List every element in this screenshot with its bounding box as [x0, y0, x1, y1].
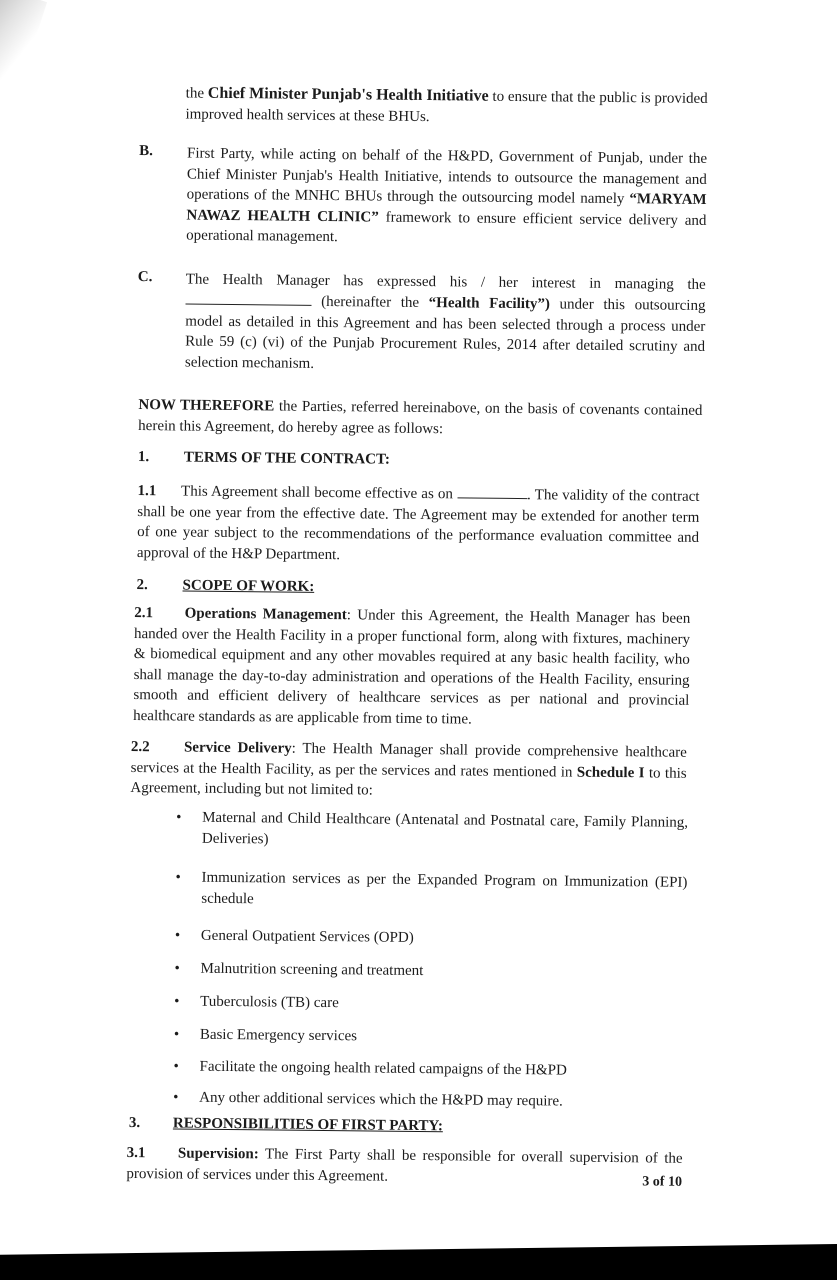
- document-page: the Chief Minister Punjab's Health Initi…: [0, 0, 837, 1280]
- bullet-icon: •: [175, 925, 180, 946]
- service-list-item: • Immunization services as per the Expan…: [175, 867, 685, 914]
- bullet-icon: •: [174, 1024, 179, 1045]
- section-1-title: TERMS OF THE CONTRACT:: [184, 450, 390, 469]
- service-list-item: • Malnutrition screening and treatment: [175, 958, 685, 963]
- clause-3-1: 3.1 Supervision: The First Party shall b…: [126, 1143, 682, 1190]
- bullet-icon: •: [174, 991, 179, 1012]
- service-list-item: • Maternal and Child Healthcare (Antenat…: [176, 807, 686, 854]
- section-3-title: RESPONSIBILITIES OF FIRST PARTY:: [173, 1115, 443, 1135]
- bullet-icon: •: [174, 958, 179, 979]
- facility-name-blank[interactable]: [186, 292, 312, 306]
- service-list-item: • Basic Emergency services: [174, 1024, 684, 1029]
- clause-2-1: 2.1 Operations Management: Under this Ag…: [133, 603, 690, 732]
- bullet-icon: •: [173, 1087, 178, 1108]
- page-number: 3 of 10: [642, 1174, 682, 1190]
- section-3-number: 3.: [129, 1115, 140, 1132]
- effective-date-blank[interactable]: [457, 485, 527, 499]
- service-list-item: • Facilitate the ongoing health related …: [174, 1056, 684, 1061]
- clause-2-2: 2.2 Service Delivery: The Health Manager…: [130, 737, 687, 804]
- service-list-item: • Tuberculosis (TB) care: [174, 991, 684, 996]
- section-2-title: SCOPE OF WORK:: [182, 578, 314, 596]
- bullet-icon: •: [173, 1056, 178, 1077]
- now-therefore-clause: NOW THEREFORE the Parties, referred here…: [138, 395, 702, 442]
- recital-c-text: (hereinafter the “Health Facility”) unde…: [185, 291, 706, 378]
- recital-b-text: First Party, while acting on behalf of t…: [186, 144, 707, 252]
- recital-a-continuation: the Chief Minister Punjab's Health Initi…: [185, 84, 707, 130]
- clause-1-1: 1.1 This Agreement shall become effectiv…: [137, 481, 700, 569]
- service-list-item: • General Outpatient Services (OPD): [175, 925, 685, 930]
- section-2-number: 2.: [136, 577, 147, 594]
- service-list-item: • Any other additional services which th…: [173, 1087, 683, 1092]
- section-1-number: 1.: [138, 449, 149, 466]
- bullet-icon: •: [176, 807, 181, 828]
- bullet-icon: •: [175, 867, 180, 888]
- recital-b-marker: B.: [139, 143, 153, 160]
- recital-c-marker: C.: [138, 269, 153, 286]
